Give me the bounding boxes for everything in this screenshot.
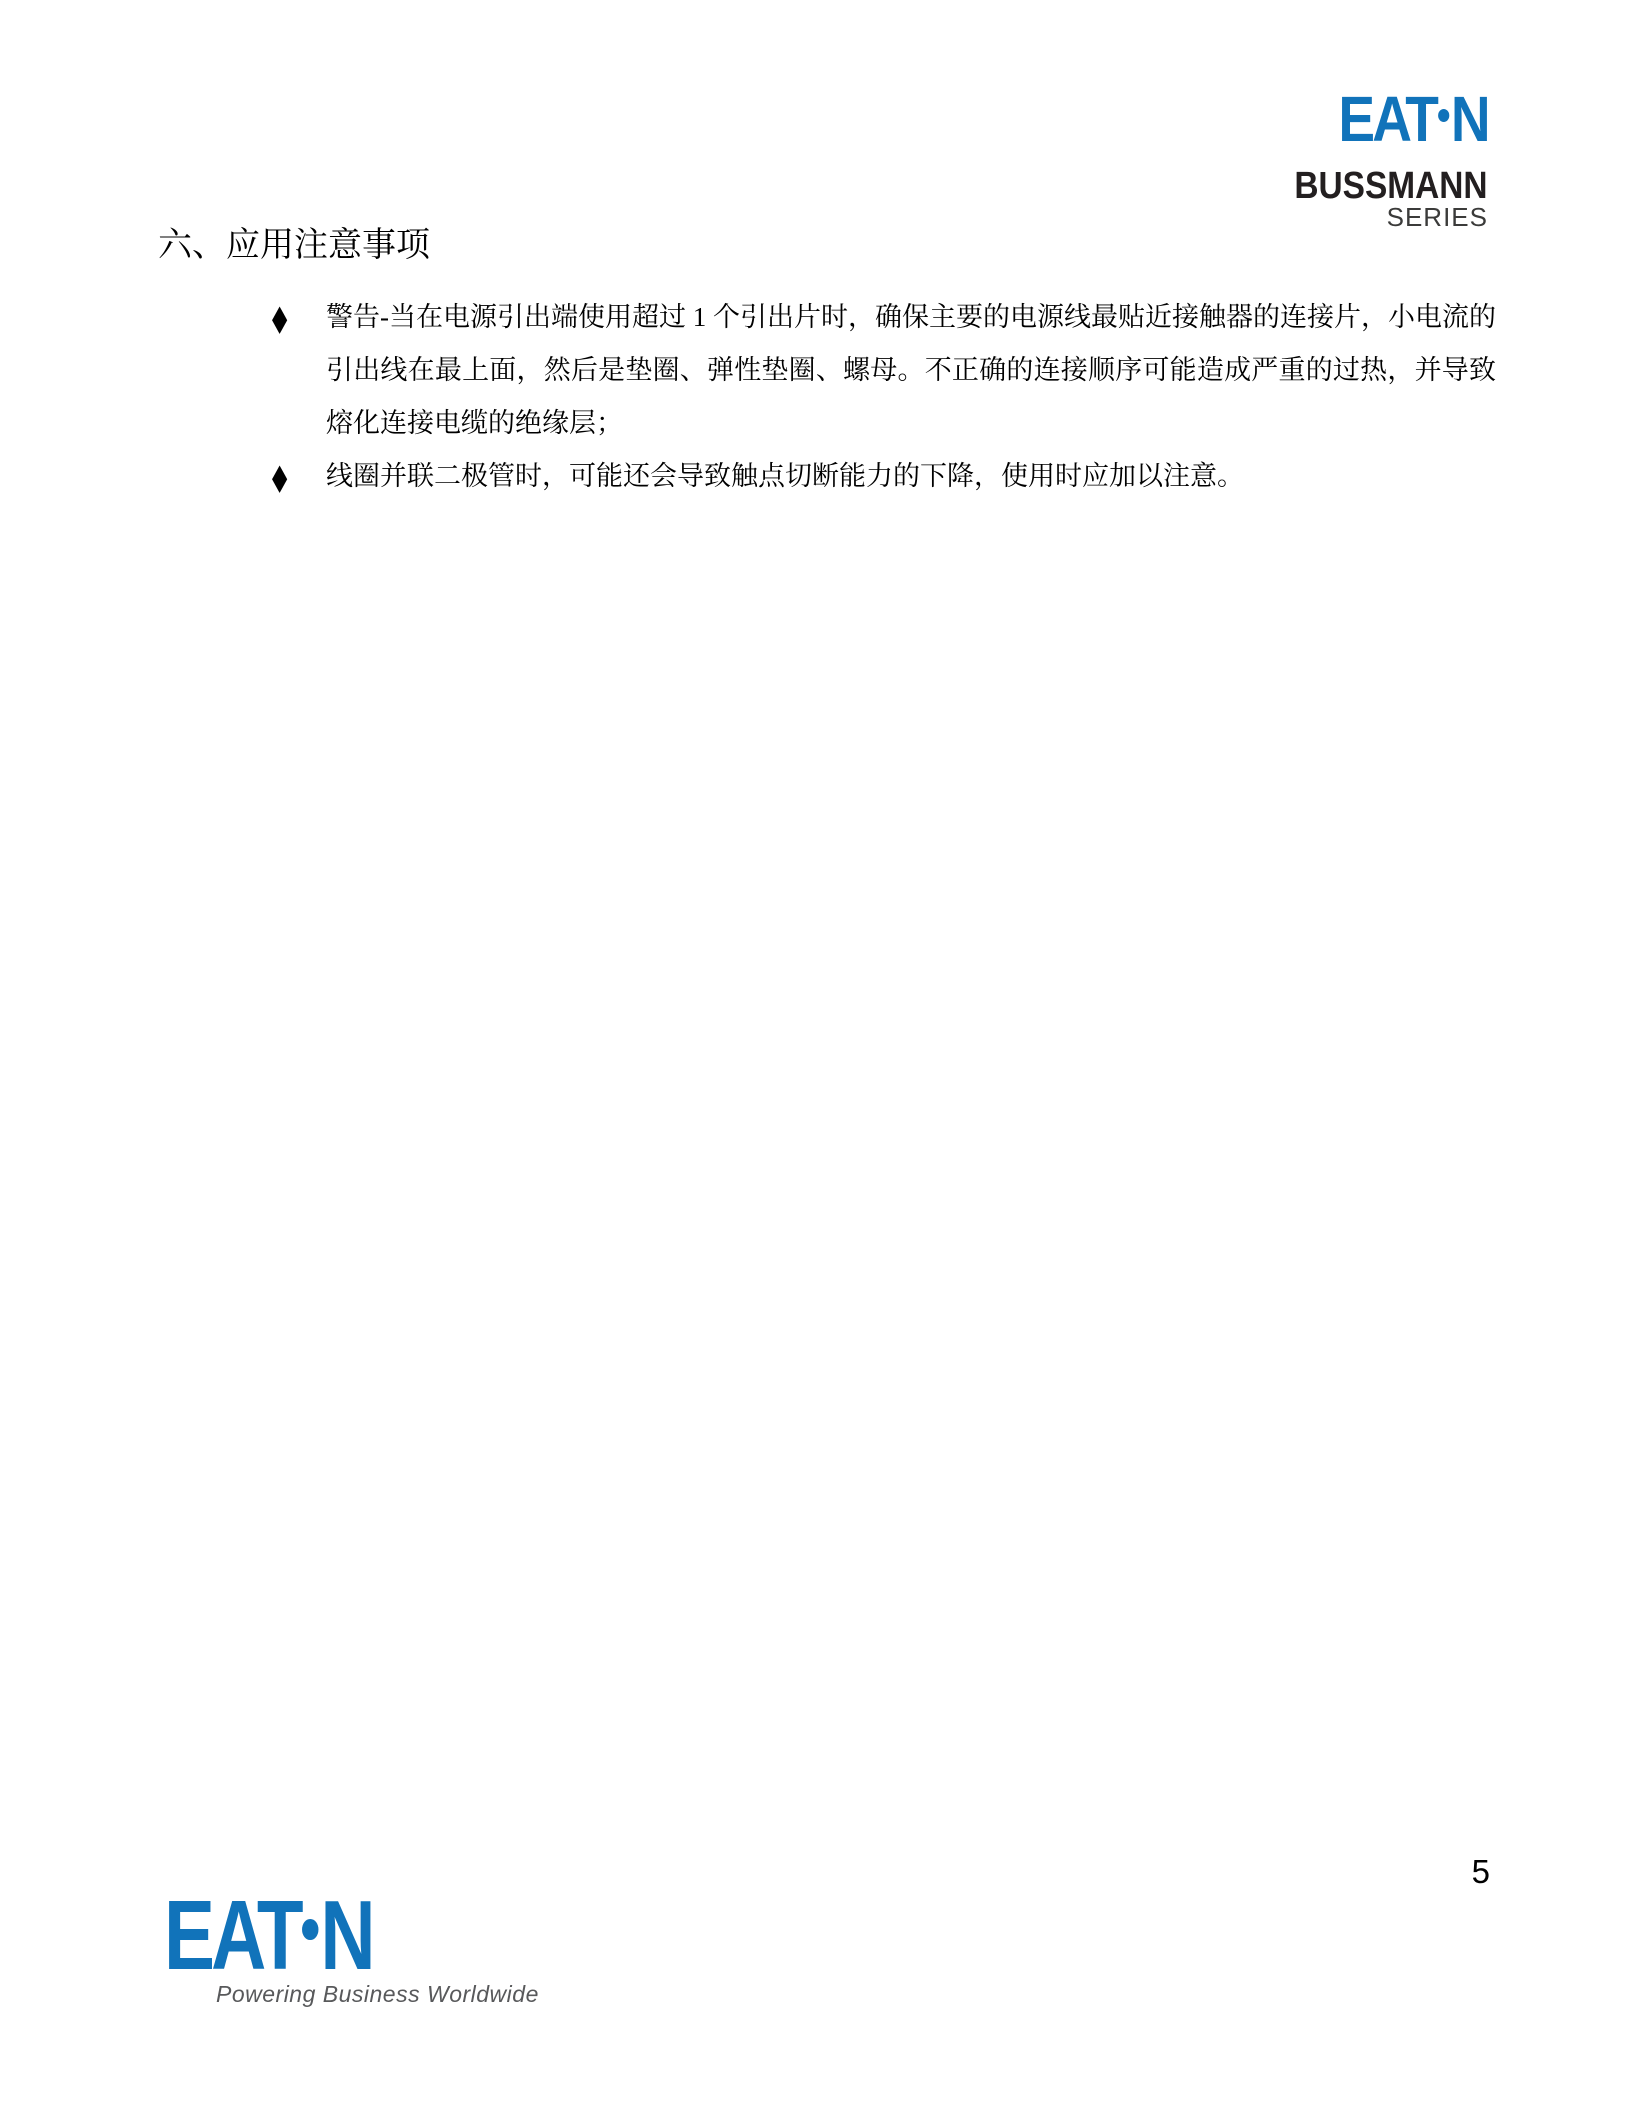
bullet-text-line: 熔化连接电缆的绝缘层；: [326, 397, 1496, 450]
eaton-dot-icon: [1438, 109, 1450, 122]
list-item: ◆ 线圈并联二极管时，可能还会导致触点切断能力的下降，使用时应加以注意。: [272, 450, 1502, 503]
bussmann-wordmark: BUSSMANN: [1295, 171, 1488, 201]
diamond-bullet-icon: ◆: [272, 291, 326, 344]
section-heading: 六、应用注意事项: [158, 226, 430, 267]
bullet-text: 警告-当在电源引出端使用超过 1 个引出片时，确保主要的电源线最贴近接触器的连接…: [326, 291, 1496, 450]
bullet-text-line: 引出线在最上面，然后是垫圈、弹性垫圈、螺母。不正确的连接顺序可能造成严重的过热，…: [326, 344, 1496, 397]
bullet-text-line: 线圈并联二极管时，可能还会导致触点切断能力的下降，使用时应加以注意。: [326, 450, 1496, 503]
eaton-logo-letters-right: N: [1451, 94, 1488, 145]
application-notes-list: ◆ 警告-当在电源引出端使用超过 1 个引出片时，确保主要的电源线最贴近接触器的…: [272, 291, 1502, 503]
page-number: 5: [1472, 1852, 1490, 1892]
list-item: ◆ 警告-当在电源引出端使用超过 1 个引出片时，确保主要的电源线最贴近接触器的…: [272, 291, 1502, 450]
header-brand-block: EAT N BUSSMANN SERIES: [1268, 94, 1488, 227]
diamond-bullet-icon: ◆: [272, 450, 326, 503]
document-page: EAT N BUSSMANN SERIES 六、应用注意事项 ◆ 警告-当在电源…: [0, 0, 1632, 2112]
eaton-dot-icon: [302, 1919, 318, 1940]
eaton-logo-letters-left: EAT: [1338, 94, 1436, 145]
eaton-logo-letters-left: EAT: [164, 1896, 300, 1974]
bullet-text: 线圈并联二极管时，可能还会导致触点切断能力的下降，使用时应加以注意。: [326, 450, 1496, 503]
series-wordmark: SERIES: [1387, 207, 1488, 228]
footer-brand-block: EAT N Powering Business Worldwide: [164, 1896, 539, 2008]
eaton-logo: EAT N: [1338, 94, 1488, 145]
eaton-logo: EAT N: [164, 1896, 372, 1974]
eaton-logo-letters-right: N: [320, 1896, 371, 1974]
bullet-text-line: 警告-当在电源引出端使用超过 1 个引出片时，确保主要的电源线最贴近接触器的连接…: [326, 291, 1496, 344]
